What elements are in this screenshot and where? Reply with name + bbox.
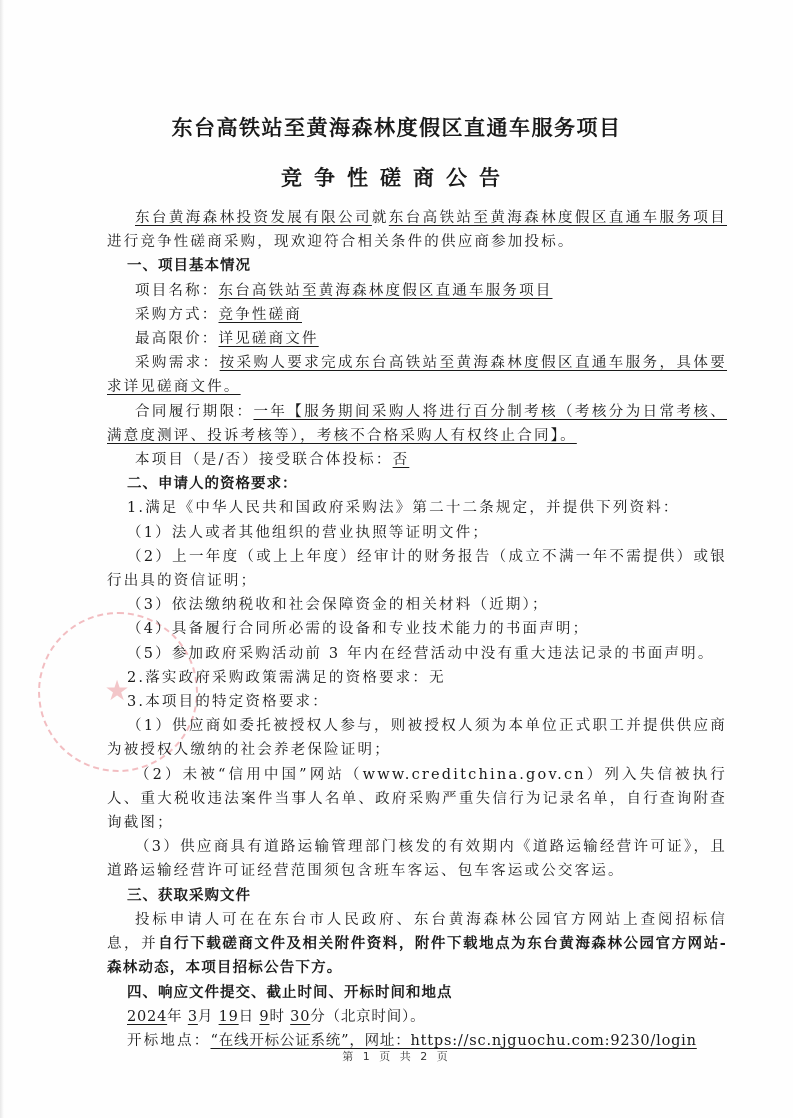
- document-subtitle: 竞争性磋商公告: [0, 162, 793, 192]
- project-name-value: 东台高铁站至黄海森林度假区直通车服务项目: [219, 283, 553, 299]
- deadline-hour: 9: [259, 1009, 269, 1025]
- download-instructions: 自行下载磋商文件及相关附件资料，附件下载地点为东台黄海森林公园官方网站-森林动态…: [107, 936, 727, 976]
- max-price-row: 最高限价：详见磋商文件: [107, 327, 727, 351]
- requirement-1-sub-3: （3）依法缴纳税收和社会保障资金的相关材料（近期）；: [107, 593, 727, 617]
- section3-heading: 三、获取采购文件: [107, 884, 727, 908]
- requirement-1-sub-5: （5）参加政府采购活动前 3 年内在经营活动中没有重大违法记录的书面声明。: [107, 642, 727, 666]
- page-number: 第 1 页 共 2 页: [0, 1048, 793, 1064]
- deadline-month: 3: [188, 1009, 198, 1025]
- deadline-day: 19: [219, 1009, 239, 1025]
- section3-paragraph: 投标申请人可在在东台市人民政府、东台黄海森林公园官方网站上查阅招标信息，并自行下…: [107, 908, 727, 981]
- method-value: 竞争性磋商: [219, 307, 303, 323]
- section1-heading: 一、项目基本情况: [107, 254, 727, 278]
- intro-project-name: 东台高铁站至黄海森林度假区直通车服务项目: [389, 210, 727, 226]
- consortium-value: 否: [393, 452, 410, 468]
- section2-heading: 二、申请人的资格要求：: [107, 472, 727, 496]
- document-title: 东台高铁站至黄海森林度假区直通车服务项目: [0, 112, 793, 142]
- period-row: 合同履行期限：一年【服务期间采购人将进行百分制考核（考核分为日常考核、满意度测评…: [107, 400, 727, 448]
- consortium-row: 本项目（是/否）接受联合体投标：否: [107, 448, 727, 472]
- requirement-1-sub-1: （1）法人或者其他组织的营业执照等证明文件；: [107, 521, 727, 545]
- requirement-1: 1.满足《中华人民共和国政府采购法》第二十二条规定，并提供下列资料：: [107, 496, 727, 520]
- deadline-row: 2024年 3月 19日 9时 30分（北京时间）。: [107, 1005, 727, 1029]
- project-name-row: 项目名称：东台高铁站至黄海森林度假区直通车服务项目: [107, 279, 727, 303]
- deadline-year: 2024: [127, 1009, 167, 1025]
- max-price-value: 详见磋商文件: [219, 331, 319, 347]
- requirement-3-sub-3: （3）供应商具有道路运输管理部门核发的有效期内《道路运输经营许可证》，且道路运输…: [107, 835, 727, 883]
- requirement-3: 3.本项目的特定资格要求：: [107, 690, 727, 714]
- method-row: 采购方式：竞争性磋商: [107, 303, 727, 327]
- requirement-3-sub-1: （1）供应商如委托被授权人参与，则被授权人须为本单位正式职工并提供供应商为被授权…: [107, 714, 727, 762]
- demand-row: 采购需求：按采购人要求完成东台高铁站至黄海森林度假区直通车服务，具体要求详见磋商…: [107, 351, 727, 399]
- requirement-1-sub-2: （2）上一年度（或上上年度）经审计的财务报告（成立不满一年不需提供）或银行出具的…: [107, 545, 727, 593]
- requirement-2: 2.落实政府采购政策需满足的资格要求：无: [107, 666, 727, 690]
- section4-heading: 四、响应文件提交、截止时间、开标时间和地点: [107, 981, 727, 1005]
- document-body: 东台黄海森林投资发展有限公司就东台高铁站至黄海森林度假区直通车服务项目进行竞争性…: [107, 206, 727, 1053]
- deadline-minute: 30: [290, 1009, 310, 1025]
- requirement-3-sub-2: （2）未被“信用中国”网站（www.creditchina.gov.cn）列入失…: [107, 763, 727, 836]
- document-page: ★ 东台高铁站至黄海森林度假区直通车服务项目 竞争性磋商公告 东台黄海森林投资发…: [0, 0, 793, 1118]
- venue-link[interactable]: “在线开标公证系统”，网址：https://sc.njguochu.com:92…: [211, 1033, 697, 1049]
- purchaser-name: 东台黄海森林投资发展有限公司: [135, 210, 372, 226]
- requirement-1-sub-4: （4）具备履行合同所必需的设备和专业技术能力的书面声明；: [107, 617, 727, 641]
- intro-paragraph: 东台黄海森林投资发展有限公司就东台高铁站至黄海森林度假区直通车服务项目进行竞争性…: [107, 206, 727, 254]
